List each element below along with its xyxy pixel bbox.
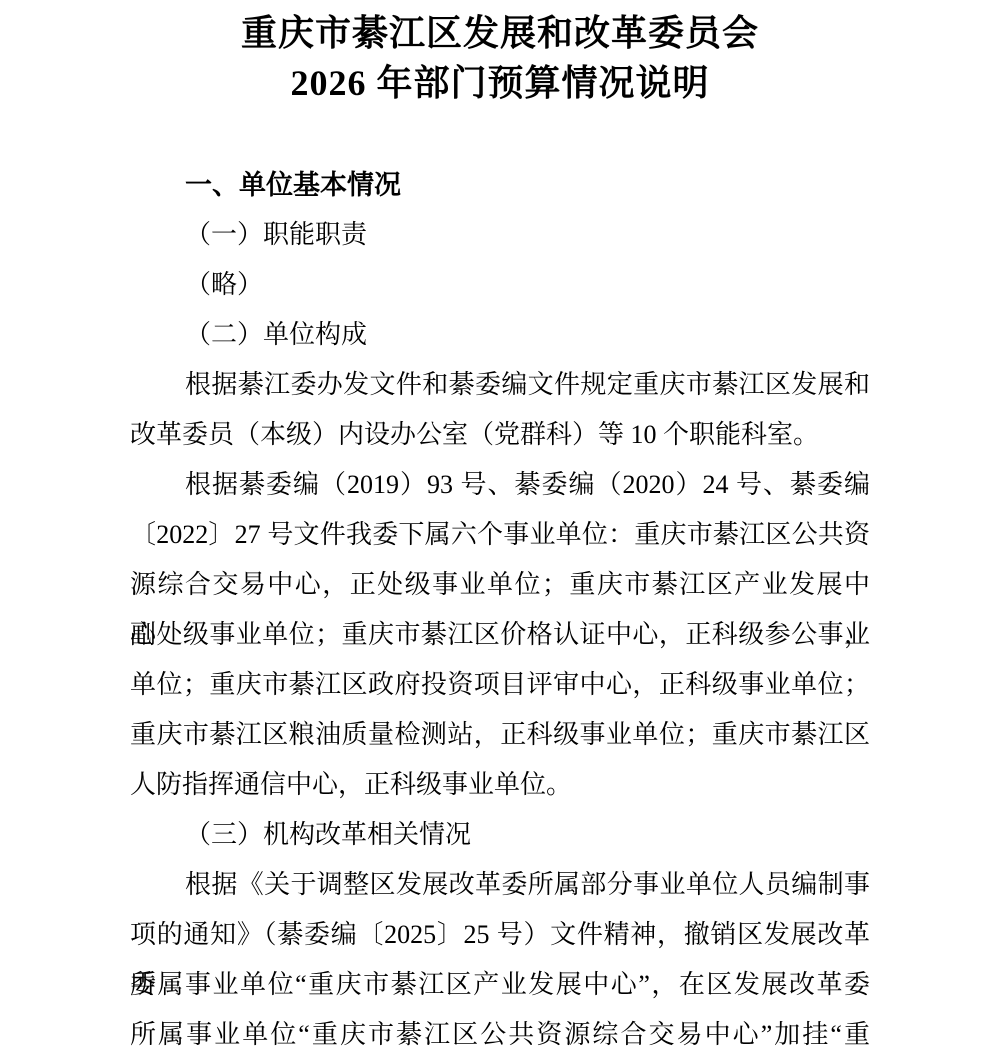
document-page: 重庆市綦江区发展和改革委员会 2026 年部门预算情况说明 一、单位基本情况 （… <box>0 0 1000 1063</box>
doc-title-line-2: 2026 年部门预算情况说明 <box>0 58 1000 108</box>
body-line: 所属事业单位“重庆市綦江区产业发展中心”，在区发展改革委 <box>130 960 870 1010</box>
body-line: 根据綦江委办发文件和綦委编文件规定重庆市綦江区发展和 <box>130 360 870 410</box>
document-title: 重庆市綦江区发展和改革委员会 2026 年部门预算情况说明 <box>0 8 1000 108</box>
body-line: 源综合交易中心，正处级事业单位；重庆市綦江区产业发展中心， <box>130 560 870 610</box>
subheading-institutional-reform: （三）机构改革相关情况 <box>130 810 870 860</box>
body-line: 人防指挥通信中心，正科级事业单位。 <box>130 760 870 810</box>
body-line: 副处级事业单位；重庆市綦江区价格认证中心，正科级参公事业 <box>130 610 870 660</box>
body-line: 项的通知》（綦委编〔2025〕25 号）文件精神，撤销区发展改革委 <box>130 910 870 960</box>
body-line: 根据綦委编（2019）93 号、綦委编（2020）24 号、綦委编 <box>130 460 870 510</box>
body-line: 所属事业单位“重庆市綦江区公共资源综合交易中心”加挂“重 <box>130 1010 870 1060</box>
body-line: 单位；重庆市綦江区政府投资项目评审中心，正科级事业单位； <box>130 660 870 710</box>
doc-title-line-1: 重庆市綦江区发展和改革委员会 <box>0 8 1000 58</box>
body-line: 根据《关于调整区发展改革委所属部分事业单位人员编制事 <box>130 860 870 910</box>
document-body: 一、单位基本情况 （一）职能职责 （略） （二）单位构成 根据綦江委办发文件和綦… <box>130 160 870 1060</box>
subheading-duties: （一）职能职责 <box>130 210 870 260</box>
subheading-unit-composition: （二）单位构成 <box>130 310 870 360</box>
body-line: 重庆市綦江区粮油质量检测站，正科级事业单位；重庆市綦江区 <box>130 710 870 760</box>
heading-unit-basic-info: 一、单位基本情况 <box>130 160 870 210</box>
subheading-omitted: （略） <box>130 260 870 310</box>
body-line: 改革委员（本级）内设办公室（党群科）等 10 个职能科室。 <box>130 410 870 460</box>
body-line: 〔2022〕27 号文件我委下属六个事业单位：重庆市綦江区公共资 <box>130 510 870 560</box>
